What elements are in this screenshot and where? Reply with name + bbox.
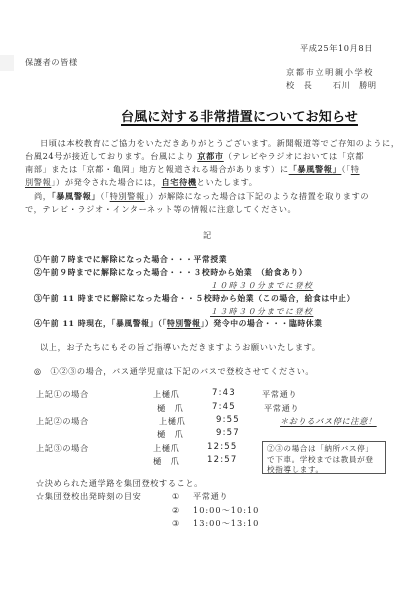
bus-time: 9:55 bbox=[216, 415, 240, 425]
bus-stop: 上樋爪 bbox=[153, 443, 179, 454]
principal-name: 石川 勝明 bbox=[333, 80, 377, 90]
storm-warning-emphasis: 「暴風警報」 bbox=[52, 191, 101, 201]
principal-title: 校 長 bbox=[286, 80, 312, 90]
bus-time: 12:55 bbox=[207, 442, 238, 452]
departure-time: 平常通り bbox=[193, 491, 228, 502]
bus-time: 9:57 bbox=[216, 428, 240, 438]
body-line: で，テレビ・ラジオ・インターネット等の情報に注意してください。 bbox=[25, 204, 296, 215]
scan-artifact bbox=[0, 55, 14, 71]
body-line: 日頃は本校教育にご協力をいただきありがとうございます。新聞報道等でご存知のように… bbox=[40, 138, 400, 149]
bus-remark: 平常通り bbox=[264, 403, 299, 414]
body-line: 尚，「暴風警報」（「特別警報」）が解除になった場合は下記のような措置を取りますの bbox=[34, 191, 369, 202]
departure-time: 13:00～13:10 bbox=[193, 518, 259, 529]
measure-item-3-note: １３時３０分までに登校 bbox=[210, 306, 313, 317]
home-standby-emphasis: 自宅待機 bbox=[162, 177, 197, 187]
principal-line: 校 長 石川 勝明 bbox=[286, 80, 377, 91]
measure-item-2-note: １０時３０分までに登校 bbox=[210, 280, 313, 291]
bus-stop: 樋 爪 bbox=[157, 429, 183, 440]
bus-case-2: 上記②の場合 bbox=[36, 416, 89, 427]
kyoto-city-emphasis: 京都市 bbox=[197, 151, 223, 161]
bus-stop: 樋 爪 bbox=[153, 456, 179, 467]
bus-stop: 樋 爪 bbox=[157, 403, 183, 414]
departure-label: ☆集団登校出発時刻の目安 bbox=[36, 491, 141, 502]
bus-time: 7:45 bbox=[212, 402, 236, 412]
addressee: 保護者の皆様 bbox=[25, 57, 78, 68]
measure-item-3: ③午前 11 時までに解除になった場合・・５校時から始業（この場合，給食は中止） bbox=[34, 293, 355, 304]
bus-time: 12:57 bbox=[207, 455, 238, 465]
group-rule: ☆決められた通学路を集団登校すること。 bbox=[36, 478, 203, 489]
bus-case-1: 上記①の場合 bbox=[36, 389, 89, 400]
body-line: 別警報」）が発令された場合には，自宅待機といたします。 bbox=[25, 177, 258, 188]
measure-item-2: ②午前９時までに解除になった場合・・・３校時から始業 （給食あり） bbox=[34, 267, 307, 278]
body-line: 台風24号が接近しております。台風により 京都市（テレビやラジオにおいては「京都 bbox=[25, 151, 364, 162]
special-warning-emphasis: 別警報 bbox=[25, 177, 51, 187]
bus-case-3: 上記③の場合 bbox=[36, 443, 89, 454]
document-date: 平成25年10月8日 bbox=[300, 43, 373, 54]
measure-item-1: ①午前７時までに解除になった場合・・・平常授業 bbox=[34, 254, 227, 265]
page-title: 台風に対する非常措置についてお知らせ bbox=[121, 106, 358, 125]
departure-time: 10:00～10:10 bbox=[193, 505, 259, 516]
special-warning-emphasis: 特別警報 bbox=[110, 191, 145, 201]
bus-note: ◎ ①②③の場合，バス通学児童は下記のバスで登校させてください。 bbox=[34, 366, 314, 377]
ki-heading: 記 bbox=[203, 230, 212, 241]
measure-item-4: ④午前 11 時現在，「暴風警報」（「特別警報」）発令中の場合・・・臨時休業 bbox=[34, 318, 323, 329]
drop-off-note-box: ②③の場合は「納所バス停」で下車。学校までは教員が登校指導します。 bbox=[262, 441, 386, 474]
departure-mark: ② bbox=[172, 505, 180, 515]
bus-remark: 平常通り bbox=[262, 389, 297, 400]
closing-text: 以上，お子たちにもその旨ご指導いただきますようお願いいたします。 bbox=[40, 342, 321, 353]
storm-warning-emphasis: 「暴風警報」 bbox=[289, 164, 342, 174]
bus-stop: 上樋爪 bbox=[153, 389, 179, 400]
departure-mark: ① bbox=[172, 491, 180, 501]
bus-time: 7:43 bbox=[212, 388, 236, 398]
bus-stop-caution: ＊おりるバス停に注意！ bbox=[280, 416, 377, 427]
bus-stop: 上樋爪 bbox=[159, 416, 185, 427]
school-name: 京都市立明親小学校 bbox=[286, 67, 374, 78]
departure-mark: ③ bbox=[172, 518, 180, 528]
body-line: 南部」または「京都・亀岡」地方と報道される場合があります）に「暴風警報」（「特 bbox=[25, 164, 360, 175]
